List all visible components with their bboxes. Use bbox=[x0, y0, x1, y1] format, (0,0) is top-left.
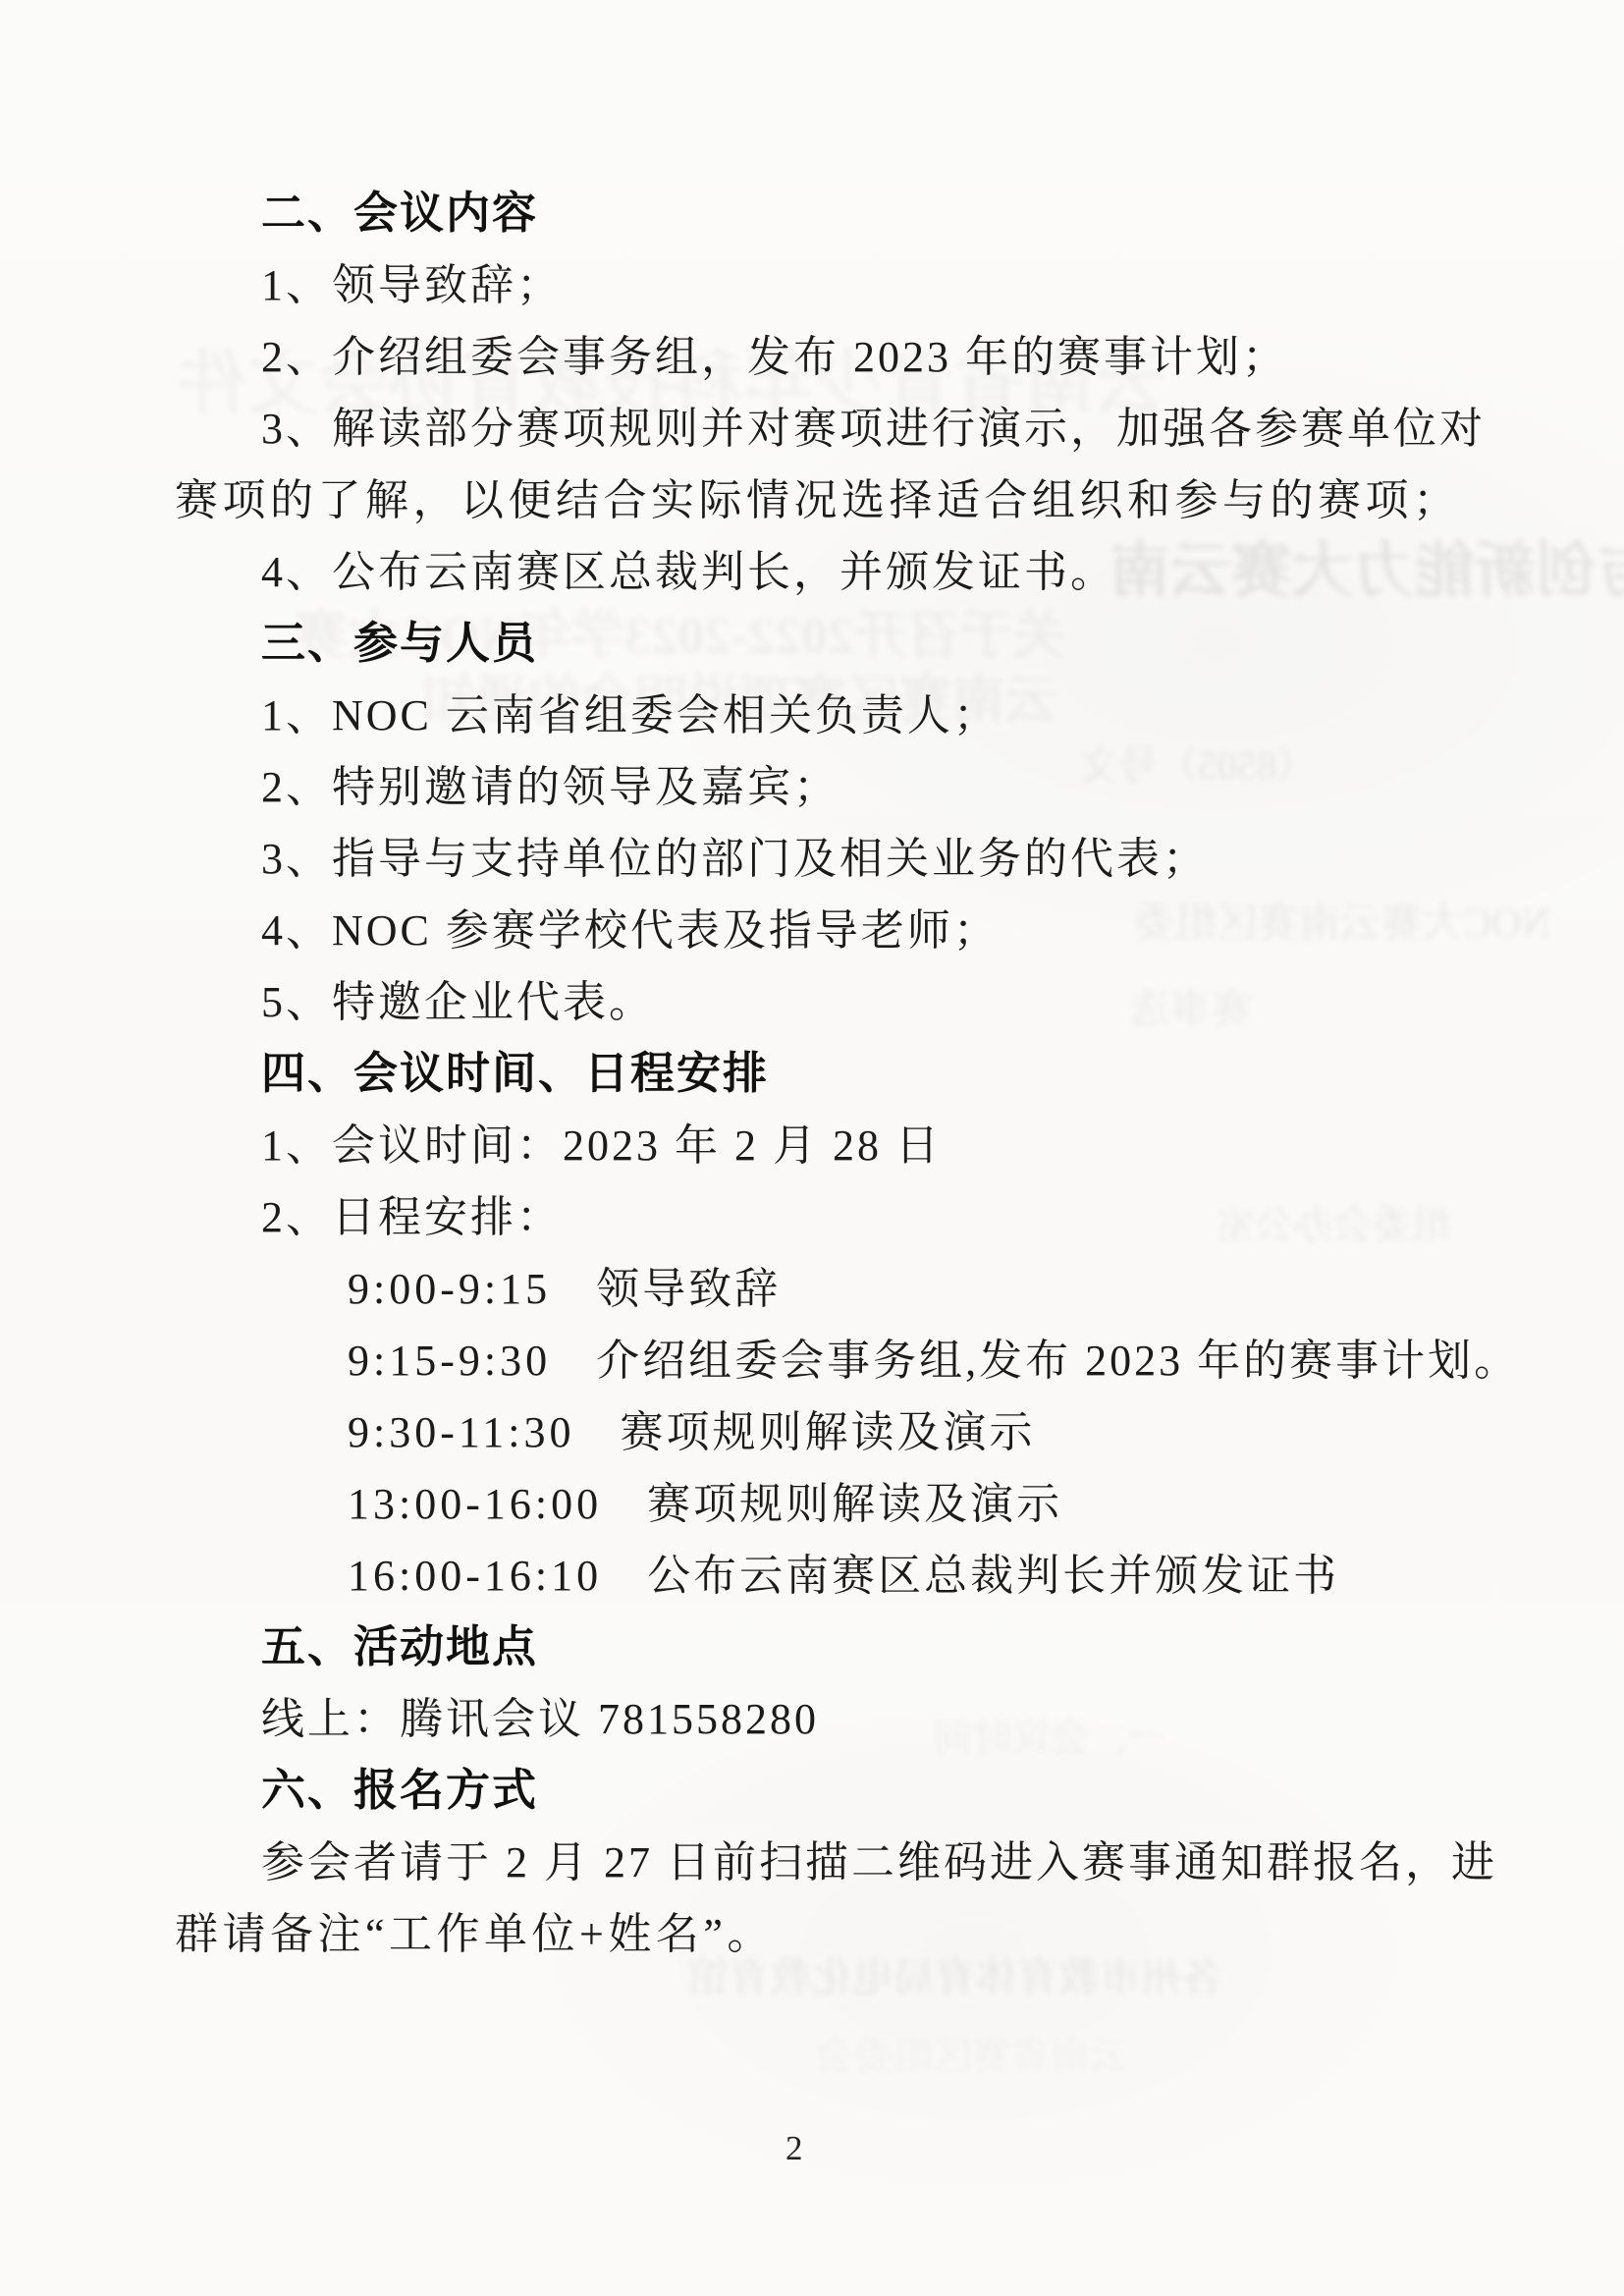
document-body: 二、会议内容1、领导致辞；2、介绍组委会事务组，发布 2023 年的赛事计划；3… bbox=[175, 178, 1481, 1970]
schedule-time: 9:30-11:30 bbox=[348, 1408, 574, 1456]
section-heading: 五、活动地点 bbox=[175, 1612, 1481, 1683]
schedule-desc: 介绍组委会事务组,发布 2023 年的赛事计划。 bbox=[596, 1337, 1520, 1385]
text-line: 1、领导致辞； bbox=[175, 249, 1481, 321]
text-line: 2、特别邀请的领导及嘉宾； bbox=[175, 751, 1481, 823]
text-line: 参会者请于 2 月 27 日前扫描二维码进入赛事通知群报名，进 bbox=[175, 1827, 1481, 1898]
schedule-desc: 赛项规则解读及演示 bbox=[620, 1408, 1035, 1456]
text-line: 3、指导与支持单位的部门及相关业务的代表； bbox=[175, 823, 1481, 895]
schedule-time: 9:15-9:30 bbox=[348, 1337, 551, 1385]
text-line: 赛项的了解，以便结合实际情况选择适合组织和参与的赛项； bbox=[175, 465, 1481, 536]
schedule-desc: 领导致辞 bbox=[596, 1265, 781, 1313]
schedule-row: 9:00-9:15领导致辞 bbox=[175, 1253, 1481, 1325]
schedule-desc: 赛项规则解读及演示 bbox=[647, 1480, 1062, 1528]
schedule-desc: 公布云南赛区总裁判长并颁发证书 bbox=[647, 1552, 1339, 1600]
text-line: 4、NOC 参赛学校代表及指导老师； bbox=[175, 895, 1481, 966]
text-line: 1、会议时间：2023 年 2 月 28 日 bbox=[175, 1110, 1481, 1181]
section-heading: 三、参与人员 bbox=[175, 608, 1481, 680]
text-line: 2、日程安排： bbox=[175, 1181, 1481, 1253]
schedule-time: 9:00-9:15 bbox=[348, 1265, 551, 1313]
text-line: 线上：腾讯会议 781558280 bbox=[175, 1683, 1481, 1755]
schedule-time: 16:00-16:10 bbox=[348, 1552, 602, 1600]
text-line: 1、NOC 云南省组委会相关负责人； bbox=[175, 680, 1481, 751]
text-line: 2、介绍组委会事务组，发布 2023 年的赛事计划； bbox=[175, 321, 1481, 393]
schedule-row: 13:00-16:00赛项规则解读及演示 bbox=[175, 1468, 1481, 1540]
bleedthrough-ghost: 云南省赛区组委会 bbox=[815, 2035, 1129, 2078]
schedule-row: 9:15-9:30介绍组委会事务组,发布 2023 年的赛事计划。 bbox=[175, 1325, 1481, 1396]
text-line: 3、解读部分赛项规则并对赛项进行演示，加强各参赛单位对 bbox=[175, 393, 1481, 465]
schedule-row: 9:30-11:30赛项规则解读及演示 bbox=[175, 1396, 1481, 1468]
text-line: 群请备注“工作单位+姓名”。 bbox=[175, 1898, 1481, 1970]
schedule-row: 16:00-16:10公布云南赛区总裁判长并颁发证书 bbox=[175, 1540, 1481, 1612]
scanned-document-page: 云南省青少年科技教育协会文件体验与创新能力大赛云南关于召开2022-2023学年… bbox=[0, 0, 1624, 2296]
schedule-time: 13:00-16:00 bbox=[348, 1480, 602, 1528]
text-line: 5、特邀企业代表。 bbox=[175, 966, 1481, 1038]
section-heading: 六、报名方式 bbox=[175, 1755, 1481, 1827]
text-line: 4、公布云南赛区总裁判长，并颁发证书。 bbox=[175, 536, 1481, 608]
page-number: 2 bbox=[785, 2129, 803, 2168]
section-heading: 四、会议时间、日程安排 bbox=[175, 1038, 1481, 1110]
section-heading: 二、会议内容 bbox=[175, 178, 1481, 249]
